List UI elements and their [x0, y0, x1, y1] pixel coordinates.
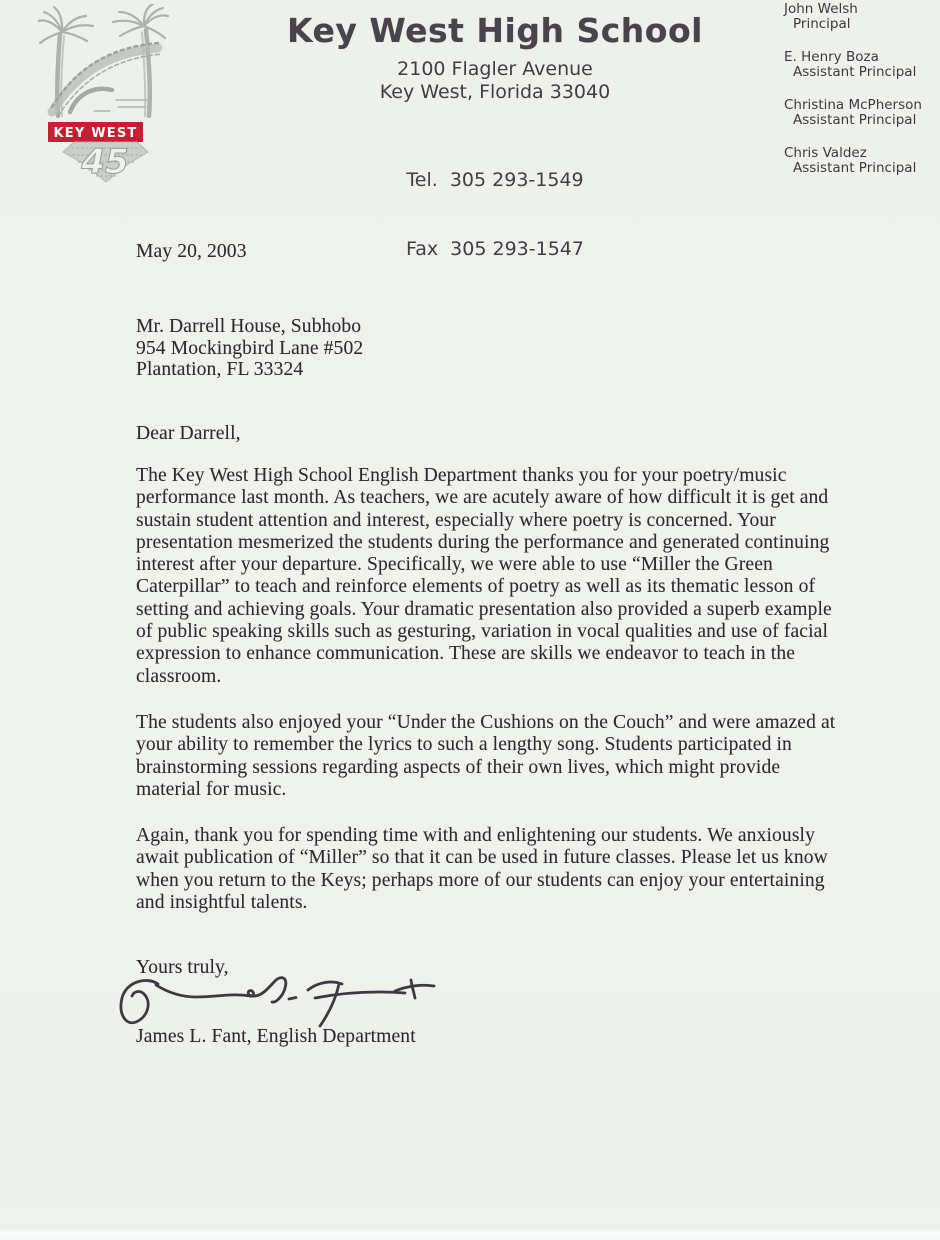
recipient-line: 954 Mockingbird Lane #502: [136, 338, 843, 360]
staff-title: Assistant Principal: [784, 161, 936, 176]
recipient-line: Mr. Darrell House, Subhobo: [136, 316, 843, 338]
letter-paragraph: The students also enjoyed your “Under th…: [136, 712, 843, 801]
scanned-letter-page: KEY WEST 45 Key West High School 2100 Fl…: [0, 0, 940, 1240]
staff-entry: Chris Valdez Assistant Principal: [784, 146, 936, 175]
staff-name: John Welsh: [784, 2, 936, 17]
staff-title: Assistant Principal: [784, 113, 936, 128]
recipient-block: Mr. Darrell House, Subhobo 954 Mockingbi…: [136, 316, 843, 381]
staff-name: Chris Valdez: [784, 146, 936, 161]
letter-paragraph: Again, thank you for spending time with …: [136, 825, 843, 914]
staff-name: Christina McPherson: [784, 98, 936, 113]
school-logo: KEY WEST 45: [38, 4, 173, 184]
staff-title: Assistant Principal: [784, 65, 936, 80]
address-line-1: 2100 Flagler Avenue: [170, 58, 820, 81]
logo-emblem: 45: [63, 142, 148, 182]
recipient-line: Plantation, FL 33324: [136, 359, 843, 381]
staff-title: Principal: [784, 17, 936, 32]
school-name: Key West High School: [170, 14, 820, 48]
staff-name: E. Henry Boza: [784, 50, 936, 65]
letter-date: May 20, 2003: [136, 241, 843, 263]
scanner-edge-artifact: [0, 1227, 940, 1240]
staff-entry: E. Henry Boza Assistant Principal: [784, 50, 936, 79]
staff-entry: Christina McPherson Assistant Principal: [784, 98, 936, 127]
logo-banner: KEY WEST: [48, 122, 143, 142]
logo-banner-text: KEY WEST: [54, 126, 138, 141]
logo-emblem-number: 45: [80, 142, 128, 182]
salutation: Dear Darrell,: [136, 423, 843, 445]
phone-block: Tel. 305 293-1549 Fax 305 293-1547: [170, 123, 820, 307]
staff-entry: John Welsh Principal: [784, 2, 936, 31]
signer-name: James L. Fant, English Department: [136, 1026, 843, 1048]
staff-roster: John Welsh Principal E. Henry Boza Assis…: [784, 2, 936, 194]
school-address: 2100 Flagler Avenue Key West, Florida 33…: [170, 58, 820, 104]
address-line-2: Key West, Florida 33040: [170, 81, 820, 104]
tel-line: Tel. 305 293-1549: [170, 169, 820, 192]
letter-paragraph: The Key West High School English Departm…: [136, 465, 843, 688]
